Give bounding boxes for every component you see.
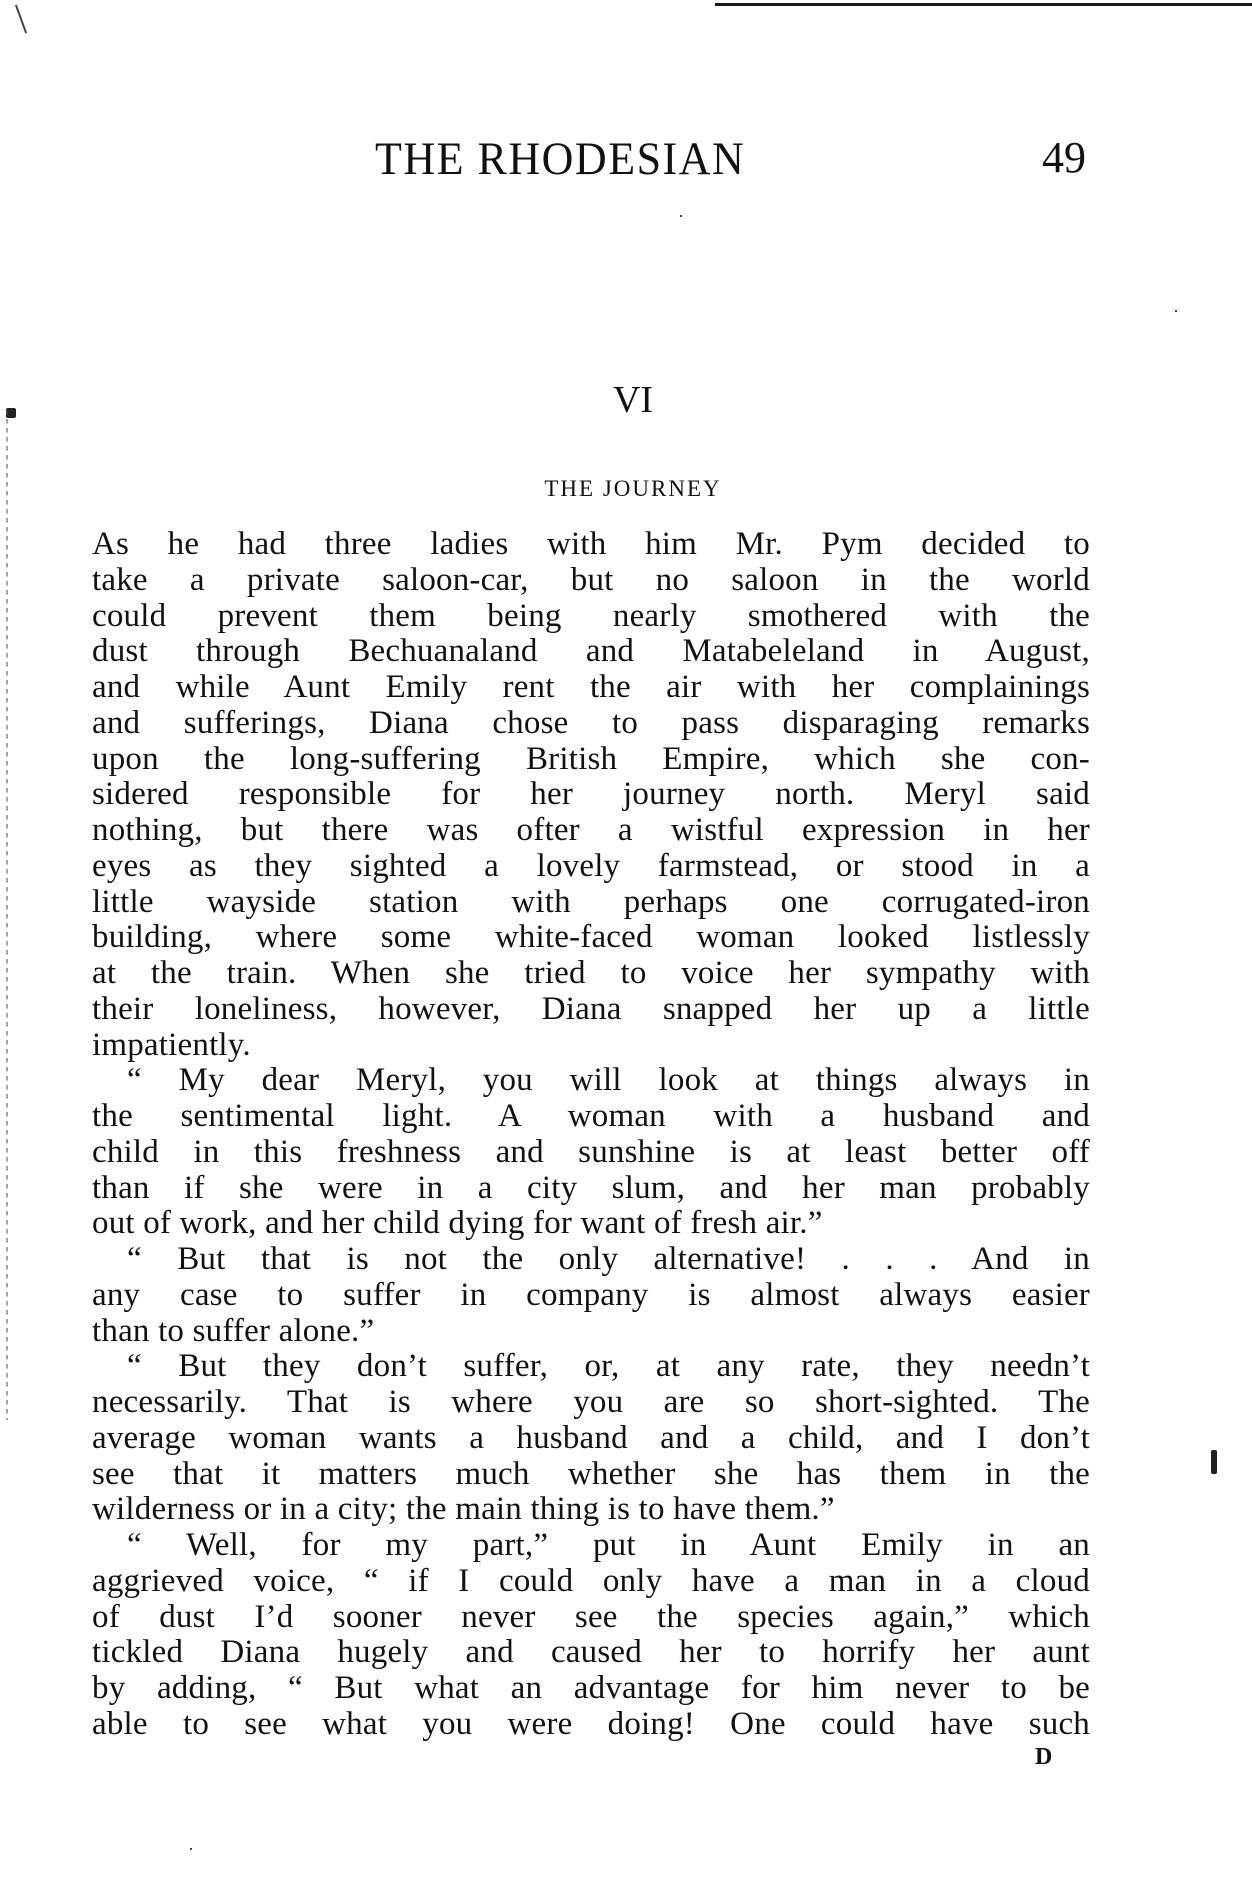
body-text: As he had three ladies with him Mr. Pym … bbox=[92, 527, 1090, 1743]
text-line: “ My dear Meryl, you will look at things… bbox=[92, 1063, 1090, 1099]
text-line: wilderness or in a city; the main thing … bbox=[92, 1492, 1090, 1528]
text-line: “ Well, for my part,” put in Aunt Emily … bbox=[92, 1528, 1090, 1564]
text-line: impatiently. bbox=[92, 1028, 1090, 1064]
text-line: of dust I’d sooner never see the species… bbox=[92, 1600, 1090, 1636]
text-line: upon the long-suffering British Empire, … bbox=[92, 742, 1090, 778]
signature-mark: D bbox=[1035, 1744, 1052, 1771]
text-line: average woman wants a husband and a chil… bbox=[92, 1421, 1090, 1457]
text-line: take a private saloon-car, but no saloon… bbox=[92, 563, 1090, 599]
text-line: As he had three ladies with him Mr. Pym … bbox=[92, 527, 1090, 563]
page-number: 49 bbox=[1042, 136, 1086, 180]
text-line: child in this freshness and sunshine is … bbox=[92, 1135, 1090, 1171]
text-line: nothing, but there was ofter a wistful e… bbox=[92, 813, 1090, 849]
text-line: little wayside station with perhaps one … bbox=[92, 885, 1090, 921]
scan-corner-mark bbox=[15, 5, 27, 34]
left-margin-scan-marks bbox=[6, 410, 8, 1420]
chapter-title: THE JOURNEY bbox=[0, 476, 1252, 502]
text-line: aggrieved voice, “ if I could only have … bbox=[92, 1564, 1090, 1600]
chapter-number: VI bbox=[0, 380, 1252, 420]
running-head-title: THE RHODESIAN bbox=[375, 136, 745, 182]
right-margin-mark bbox=[1211, 1450, 1217, 1474]
text-line: than if she were in a city slum, and her… bbox=[92, 1171, 1090, 1207]
text-line: than to suffer alone.” bbox=[92, 1314, 1090, 1350]
text-line: at the train. When she tried to voice he… bbox=[92, 956, 1090, 992]
scan-speck bbox=[680, 215, 682, 217]
text-line: dust through Bechuanaland and Matabelela… bbox=[92, 634, 1090, 670]
text-line: building, where some white-faced woman l… bbox=[92, 920, 1090, 956]
text-line: tickled Diana hugely and caused her to h… bbox=[92, 1635, 1090, 1671]
text-line: able to see what you were doing! One cou… bbox=[92, 1707, 1090, 1743]
text-line: “ But that is not the only alternative! … bbox=[92, 1242, 1090, 1278]
text-line: out of work, and her child dying for wan… bbox=[92, 1206, 1090, 1242]
scan-edge-rule bbox=[715, 3, 1252, 6]
text-line: eyes as they sighted a lovely farmstead,… bbox=[92, 849, 1090, 885]
text-line: their loneliness, however, Diana snapped… bbox=[92, 992, 1090, 1028]
text-line: sidered responsible for her journey nort… bbox=[92, 777, 1090, 813]
text-line: the sentimental light. A woman with a hu… bbox=[92, 1099, 1090, 1135]
scan-speck bbox=[1175, 310, 1177, 312]
text-line: and while Aunt Emily rent the air with h… bbox=[92, 670, 1090, 706]
text-line: by adding, “ But what an advantage for h… bbox=[92, 1671, 1090, 1707]
text-line: necessarily. That is where you are so sh… bbox=[92, 1385, 1090, 1421]
text-line: “ But they don’t suffer, or, at any rate… bbox=[92, 1349, 1090, 1385]
scan-speck bbox=[190, 1848, 192, 1850]
text-line: any case to suffer in company is almost … bbox=[92, 1278, 1090, 1314]
text-line: see that it matters much whether she has… bbox=[92, 1457, 1090, 1493]
running-head: THE RHODESIAN 49 bbox=[375, 136, 1095, 180]
text-line: and sufferings, Diana chose to pass disp… bbox=[92, 706, 1090, 742]
text-line: could prevent them being nearly smothere… bbox=[92, 599, 1090, 635]
